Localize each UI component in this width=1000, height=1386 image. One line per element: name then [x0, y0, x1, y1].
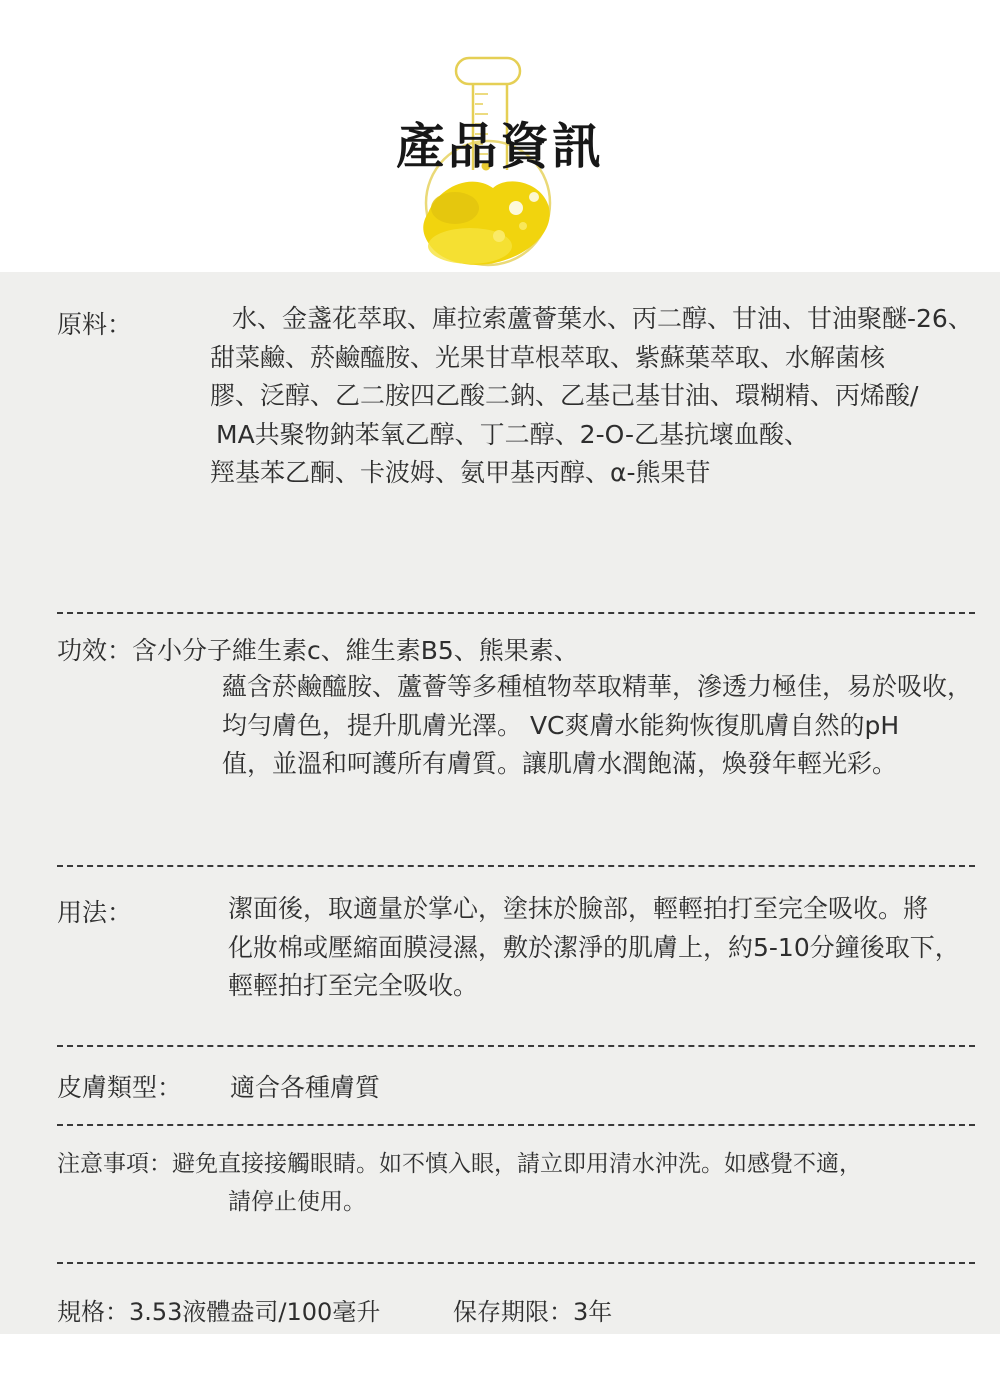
skin-type-value: 適合各種膚質	[230, 1068, 380, 1104]
ingredients-line: 甜菜鹼、菸鹼醯胺、光果甘草根萃取、紫蘇葉萃取、水解菌核	[210, 339, 973, 378]
section-divider	[57, 1262, 975, 1264]
efficacy-line: 均勻膚色，提升肌膚光澤。 VC爽膚水能夠恢復肌膚自然的pH	[222, 707, 972, 746]
ingredients-line: 水、金盞花萃取、庫拉索蘆薈葉水、丙二醇、甘油、甘油聚醚-26、	[210, 300, 973, 339]
ingredients-line: MA共聚物鈉苯氧乙醇、丁二醇、2-O-乙基抗壞血酸、	[210, 416, 973, 455]
usage-text: 潔面後，取適量於掌心，塗抹於臉部，輕輕拍打至完全吸收。將 化妝棉或壓縮面膜浸濕，…	[228, 890, 960, 1006]
precautions-line1: 注意事項：避免直接接觸眼睛。如不慎入眼，請立即用清水沖洗。如感覺不適，	[57, 1145, 862, 1178]
section-divider	[57, 1045, 975, 1047]
ingredients-line: 羥基苯乙酮、卡波姆、氨甲基丙醇、α-熊果苷	[210, 454, 973, 493]
usage-line: 潔面後，取適量於掌心，塗抹於臉部，輕輕拍打至完全吸收。將	[228, 890, 960, 929]
efficacy-label-line: 功效：含小分子維生素c、維生素B5、熊果素、	[57, 631, 579, 667]
section-divider	[57, 612, 975, 614]
efficacy-text: 蘊含菸鹼醯胺、蘆薈等多種植物萃取精華，滲透力極佳，易於吸收， 均勻膚色，提升肌膚…	[222, 668, 972, 784]
page-title: 產品資訊	[0, 108, 1000, 178]
ingredients-label: 原料：	[57, 305, 132, 341]
usage-line: 輕輕拍打至完全吸收。	[228, 967, 960, 1006]
ingredients-line: 膠、泛醇、乙二胺四乙酸二鈉、乙基己基甘油、環糊精、丙烯酸/	[210, 377, 973, 416]
skin-type-label: 皮膚類型：	[57, 1068, 182, 1104]
efficacy-line: 蘊含菸鹼醯胺、蘆薈等多種植物萃取精華，滲透力極佳，易於吸收，	[222, 668, 972, 707]
shelf-life-text: 保存期限：3年	[453, 1292, 612, 1327]
precautions-line2: 請停止使用。	[228, 1183, 366, 1216]
ingredients-text: 水、金盞花萃取、庫拉索蘆薈葉水、丙二醇、甘油、甘油聚醚-26、 甜菜鹼、菸鹼醯胺…	[210, 300, 973, 493]
section-divider	[57, 1124, 975, 1126]
header: 產品資訊	[0, 0, 1000, 272]
usage-label: 用法：	[57, 893, 132, 929]
spec-text: 規格：3.53液體盎司/100毫升	[57, 1292, 380, 1327]
usage-line: 化妝棉或壓縮面膜浸濕，敷於潔淨的肌膚上，約5-10分鐘後取下，	[228, 929, 960, 968]
product-info-page: 產品資訊 原料： 水、金盞花萃取、庫拉索蘆薈葉水、丙二醇、甘油、甘油聚醚-26、…	[0, 0, 1000, 1386]
efficacy-line: 值，並溫和呵護所有膚質。讓肌膚水潤飽滿，煥發年輕光彩。	[222, 745, 972, 784]
section-divider	[57, 865, 975, 867]
